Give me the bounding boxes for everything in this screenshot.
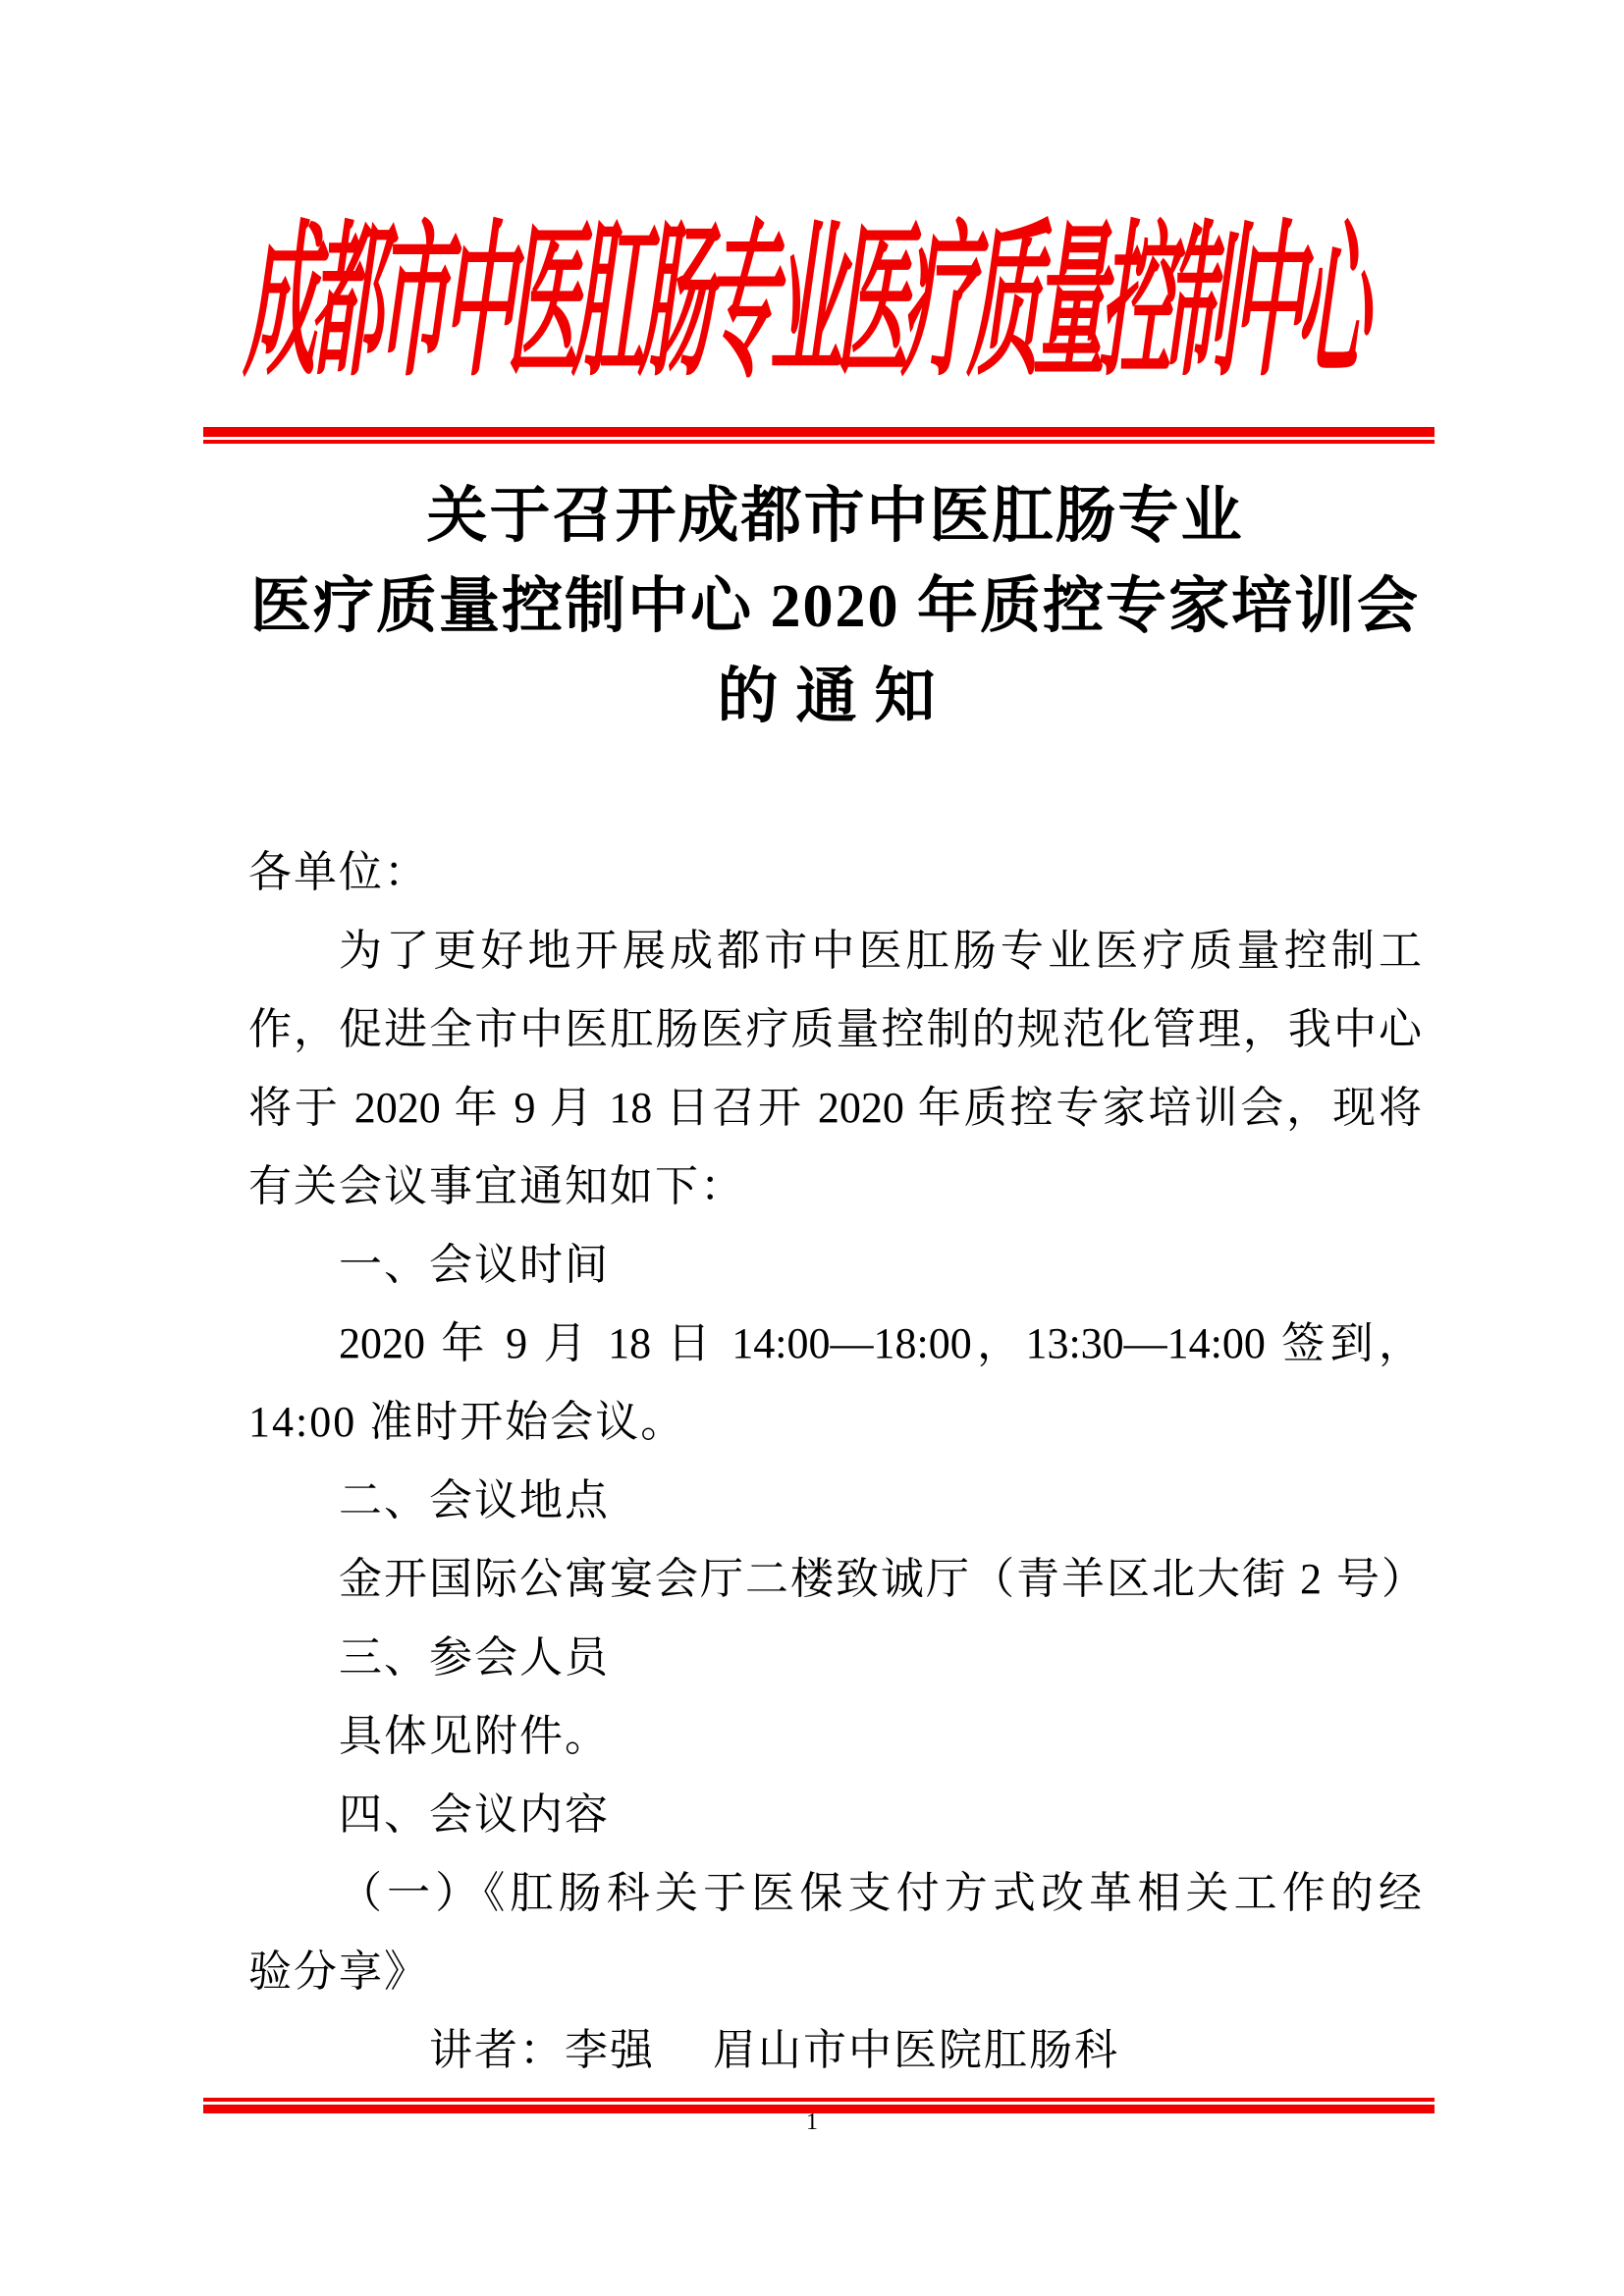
body-line: 验分享》 — [248, 1933, 1422, 2011]
body-line: 将于 2020 年 9 月 18 日召开 2020 年质控专家培训会，现将 — [248, 1069, 1422, 1148]
header-rule-thin-bar — [203, 440, 1435, 444]
body-line: 二、会议地点 — [248, 1462, 1422, 1540]
header-double-rule — [203, 427, 1435, 444]
letterhead: 成都市中医肛肠专业医疗质量控制中心 — [0, 167, 1624, 412]
body-line: 具体见附件。 — [248, 1697, 1422, 1776]
body-line: 讲者：李强 眉山市中医院肛肠科 — [248, 2011, 1422, 2090]
body-line: 各单位： — [248, 833, 1422, 912]
body-line: 作，促进全市中医肛肠医疗质量控制的规范化管理，我中心 — [248, 990, 1422, 1069]
document-title-line-3: 的通知 — [248, 652, 1422, 742]
document-title-line-1: 关于召开成都市中医肛肠专业 — [248, 471, 1422, 561]
body-line: 有关会议事宜通知如下： — [248, 1148, 1422, 1226]
header-rule-thick-bar — [203, 427, 1435, 437]
notice-body: 各单位：为了更好地开展成都市中医肛肠专业医疗质量控制工作，促进全市中医肛肠医疗质… — [248, 833, 1422, 2090]
body-line: （一）《肛肠科关于医保支付方式改革相关工作的经 — [248, 1854, 1422, 1933]
body-line: 14:00 准时开始会议。 — [248, 1383, 1422, 1462]
page-number: 1 — [0, 2110, 1624, 2134]
letterhead-org-name: 成都市中医肛肠专业医疗质量控制中心 — [236, 170, 1387, 409]
document-page: 成都市中医肛肠专业医疗质量控制中心 关于召开成都市中医肛肠专业 医疗质量控制中心… — [0, 0, 1624, 2296]
body-line: 四、会议内容 — [248, 1776, 1422, 1854]
body-line: 三、参会人员 — [248, 1619, 1422, 1697]
body-line: 为了更好地开展成都市中医肛肠专业医疗质量控制工 — [248, 912, 1422, 990]
document-title: 关于召开成都市中医肛肠专业 医疗质量控制中心 2020 年质控专家培训会 的通知 — [248, 471, 1422, 742]
body-line: 金开国际公寓宴会厅二楼致诚厅（青羊区北大街 2 号） — [248, 1540, 1422, 1619]
document-title-line-2: 医疗质量控制中心 2020 年质控专家培训会 — [248, 561, 1422, 652]
body-line: 2020 年 9 月 18 日 14:00—18:00，13:30—14:00 … — [248, 1305, 1422, 1383]
body-line: 一、会议时间 — [248, 1226, 1422, 1305]
